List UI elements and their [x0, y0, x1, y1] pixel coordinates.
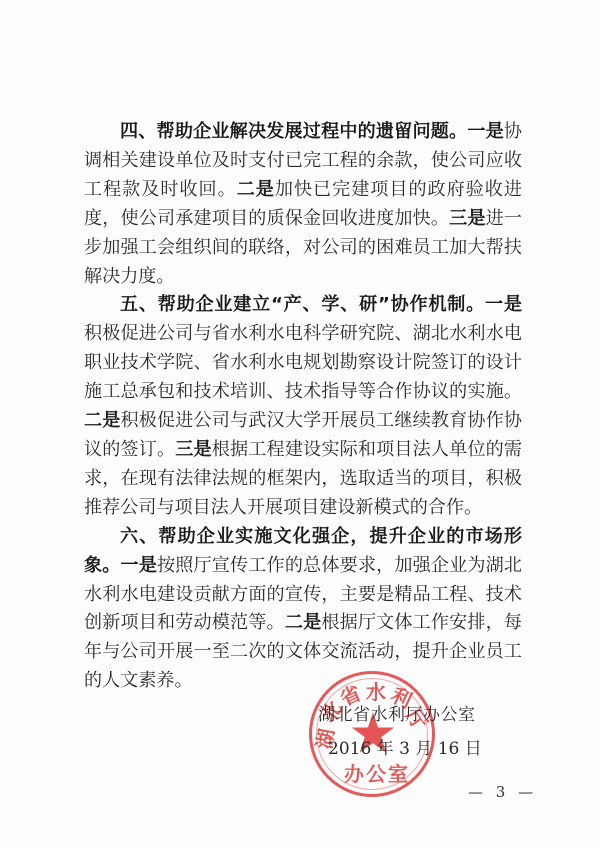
paragraph-text: 积极促进公司与省水利水电科学研究院、湖北水利水电职业技术学院、省水利水电规划勘察…	[84, 323, 522, 402]
emphasis: 三是	[175, 439, 212, 460]
issue-date: 2016 年 3 月 16 日	[328, 734, 482, 759]
seal-char: 公	[366, 758, 386, 787]
paragraph-4: 四、帮助企业解决发展过程中的遗留问题。一是协调相关建设单位及时支付已完工程的余款…	[84, 118, 522, 291]
paragraph-5: 五、帮助企业建立“产、学、研”协作机制。一是积极促进公司与省水利水电科学研究院、…	[84, 291, 522, 522]
issuer-signature: 湖北省水利厅办公室	[318, 700, 476, 725]
seal-char: 办	[344, 758, 364, 787]
emphasis: 三是	[449, 208, 486, 229]
emphasis: 一是	[121, 555, 158, 576]
paragraph-6: 六、帮助企业实施文化强企，提升企业的市场形象。一是按照厅宣传工作的总体要求，加强…	[84, 523, 522, 696]
emphasis: 一是	[467, 121, 504, 142]
emphasis: 一是	[485, 294, 522, 315]
page-number: — 3 —	[468, 783, 537, 801]
emphasis: 二是	[84, 410, 121, 431]
paragraph-heading: 五、帮助企业建立“产、学、研”协作机制。	[120, 294, 485, 315]
document-page: 四、帮助企业解决发展过程中的遗留问题。一是协调相关建设单位及时支付已完工程的余款…	[0, 0, 600, 848]
emphasis: 二是	[237, 179, 275, 200]
paragraph-heading: 四、帮助企业解决发展过程中的遗留问题。	[120, 121, 467, 142]
seal-char: 室	[388, 758, 408, 787]
document-body: 四、帮助企业解决发展过程中的遗留问题。一是协调相关建设单位及时支付已完工程的余款…	[84, 118, 522, 696]
emphasis: 二是	[285, 612, 322, 633]
